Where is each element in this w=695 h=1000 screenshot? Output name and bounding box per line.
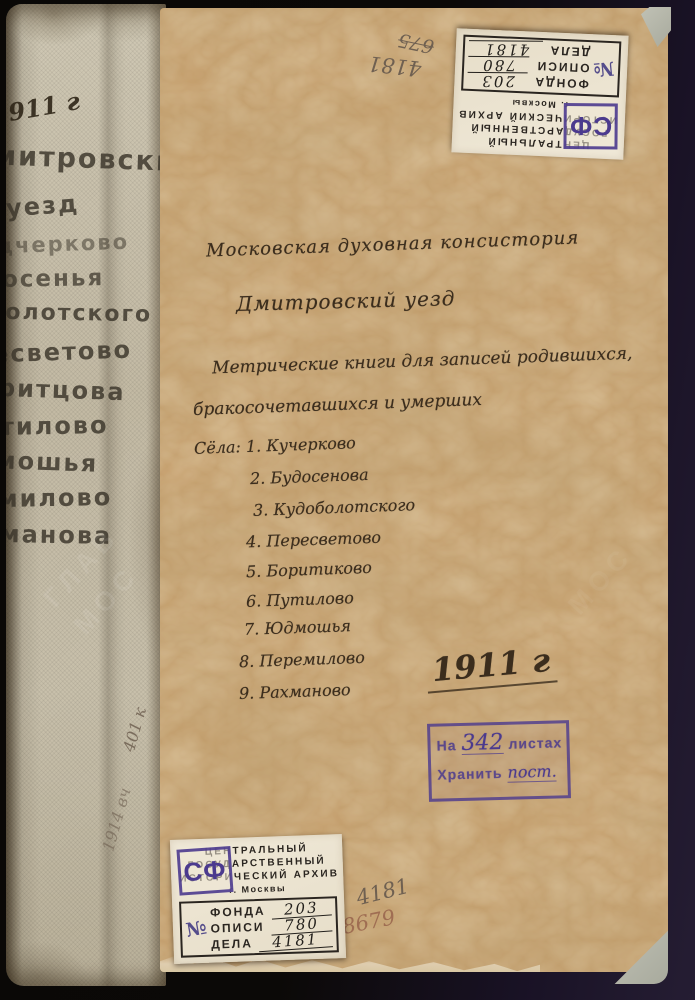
sf-stamp-text: СФ: [182, 854, 227, 888]
sf-stamp: СФ: [563, 103, 617, 149]
fund-rows: ФОНДА203 ОПИСИ780 ДЕЛА4181: [210, 900, 333, 952]
numero-sign: №: [592, 57, 615, 81]
fund-row-label: ФОНДА: [210, 904, 266, 920]
village-list-item: 6. Путилово: [246, 588, 354, 611]
spine-text-line: есветово: [6, 336, 132, 369]
archive-label-bottom: СФ ЦЕНТРАЛЬНЫЙ ГОСУДАРСТВЕННЫЙ ИСТОРИЧЕС…: [170, 834, 346, 964]
fund-table: № ФОНДА203 ОПИСИ780 ДЕЛА4181: [179, 896, 339, 957]
spine-text-line: дчерково: [6, 230, 129, 259]
stamp-word-keep: Хранить: [437, 765, 503, 783]
spine-pencil-note: 401 к: [119, 705, 150, 754]
village-list-item: 7. Юдмошья: [244, 616, 352, 639]
spine-text-line: митровский: [6, 140, 166, 178]
book-spine: 911 г митровский уезд дчерково осенья бо…: [6, 4, 166, 986]
fund-row-label: ДЕЛА: [211, 936, 253, 951]
spine-text-line: болотского: [6, 300, 152, 328]
fund-table: № ФОНДА203 ОПИСИ780 ДЕЛА4181: [461, 35, 621, 98]
archive-label-top: СФ ЦЕНТРАЛЬНЫЙ ГОСУДАРСТВЕННЫЙ ИСТОРИЧЕС…: [451, 28, 628, 159]
numero-sign: №: [184, 917, 208, 942]
book-front-cover: Московская духовная консистория Дмитровс…: [160, 8, 668, 972]
fund-row-value: 203: [467, 72, 527, 89]
sf-stamp: СФ: [176, 846, 233, 896]
fund-row-value: 4181: [258, 931, 333, 952]
stamp-word-on: На: [436, 737, 456, 754]
spine-text-line: уезд: [6, 189, 80, 222]
fund-rows: ФОНДА203 ОПИСИ780 ДЕЛА4181: [467, 39, 590, 92]
fund-row: ДЕЛА4181: [469, 39, 591, 60]
spine-text-line: ритцова: [6, 374, 126, 406]
stamp-word-sheets: листах: [508, 734, 562, 751]
villages-label: Сёла:: [194, 437, 241, 458]
spine-text-line: тилово: [6, 411, 109, 441]
fund-row-value: 4181: [469, 40, 543, 57]
village-list-item: 1. Кучерково: [246, 433, 356, 456]
spine-pencil-note: 1914 вч: [98, 786, 134, 854]
keep-value: пост.: [507, 761, 557, 782]
fund-row-label: ДЕЛА: [548, 43, 590, 59]
sheets-count-value: 342: [461, 733, 504, 755]
sheets-count-stamp: На 342 листах Хранить пост.: [427, 720, 571, 802]
spine-text-line: мошья: [6, 446, 99, 478]
archival-book-photo: 911 г митровский уезд дчерково осенья бо…: [0, 0, 695, 1000]
spine-year-note: 911 г: [6, 86, 82, 127]
fund-row-label: ОПИСИ: [535, 59, 589, 75]
sf-stamp-text: СФ: [569, 111, 612, 142]
fund-row-label: ОПИСИ: [210, 920, 264, 936]
keep-line: Хранить пост.: [437, 761, 561, 784]
village-list-item: 9. Рахманово: [239, 680, 351, 703]
fund-row-label: ФОНДА: [533, 75, 589, 91]
spine-text-line: манова: [6, 520, 113, 550]
spine-text-line: осенья: [6, 265, 104, 293]
spine-text-line: милово: [6, 483, 112, 513]
sheets-count-line: На 342 листах: [436, 731, 561, 755]
fund-row: ДЕЛА4181: [211, 932, 333, 952]
